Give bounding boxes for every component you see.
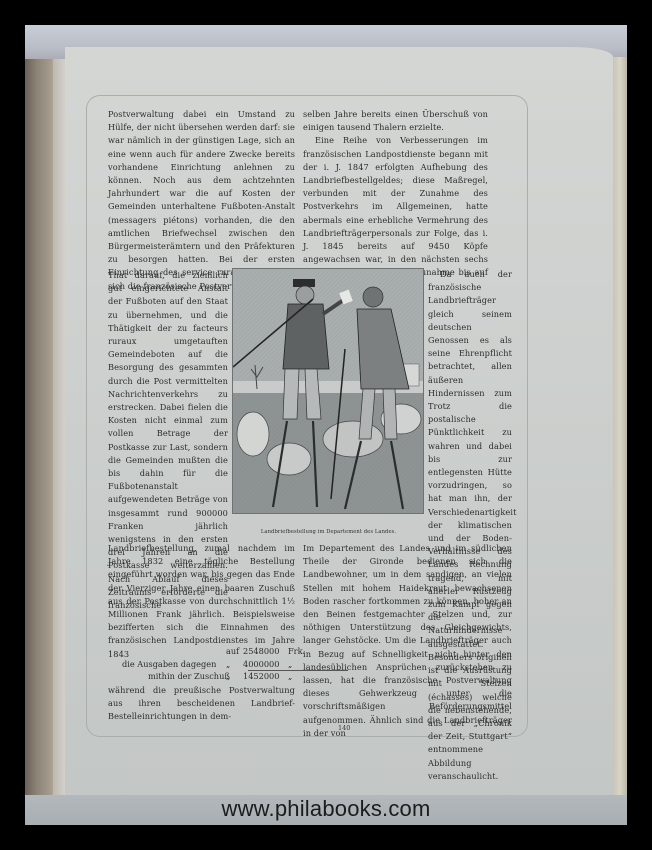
- table-row: die Ausgaben dagegen „ 4000000 „: [108, 658, 295, 671]
- row-prefix: auf: [226, 645, 239, 658]
- row-value: 2548000: [243, 645, 279, 658]
- text-column-right-bottom: Im Departement des Landes und im südlich…: [303, 542, 512, 740]
- row-value: 1452000: [243, 670, 279, 683]
- watermark-url: www.philabooks.com: [0, 796, 652, 822]
- table-row: mithin der Zuschuß „ 1452000 „: [108, 670, 295, 683]
- row-label: die Ausgaben dagegen: [122, 658, 216, 671]
- illustration-stilt-postmen: [232, 268, 424, 514]
- row-value: 4000000: [243, 658, 279, 671]
- paragraph: Im Departement des Landes und im südlich…: [303, 542, 512, 740]
- row-unit: „: [288, 670, 292, 683]
- text-column-left-bottom: Landbriefbestellung, zumal nachdem im Ja…: [108, 542, 295, 661]
- row-prefix: „: [226, 670, 230, 683]
- paragraph: Postverwaltung dabei ein Umstand zu Hülf…: [108, 108, 295, 293]
- paragraph: Landbriefbestellung, zumal nachdem im Ja…: [108, 542, 295, 661]
- budget-table: auf 2548000 Frk. die Ausgaben dagegen „ …: [108, 645, 295, 683]
- table-row: auf 2548000 Frk.: [108, 645, 295, 658]
- paragraph: während die preußische Postverwaltung au…: [108, 684, 295, 724]
- row-prefix: „: [226, 658, 230, 671]
- page-number: 140: [338, 724, 350, 732]
- text-column-left-end: während die preußische Postverwaltung au…: [108, 684, 295, 724]
- illustration-caption: Landbriefbestellung im Departement des L…: [236, 529, 421, 535]
- row-label: mithin der Zuschuß: [148, 670, 230, 683]
- engraving-icon: [233, 269, 423, 513]
- paragraph: selben Jahre bereits einen Überschuß von…: [303, 108, 488, 134]
- text-column-left-top: Postverwaltung dabei ein Umstand zu Hülf…: [108, 108, 295, 293]
- page-edges: [613, 57, 627, 825]
- text-column-right-top: selben Jahre bereits einen Überschuß von…: [303, 108, 488, 293]
- row-unit: „: [288, 658, 292, 671]
